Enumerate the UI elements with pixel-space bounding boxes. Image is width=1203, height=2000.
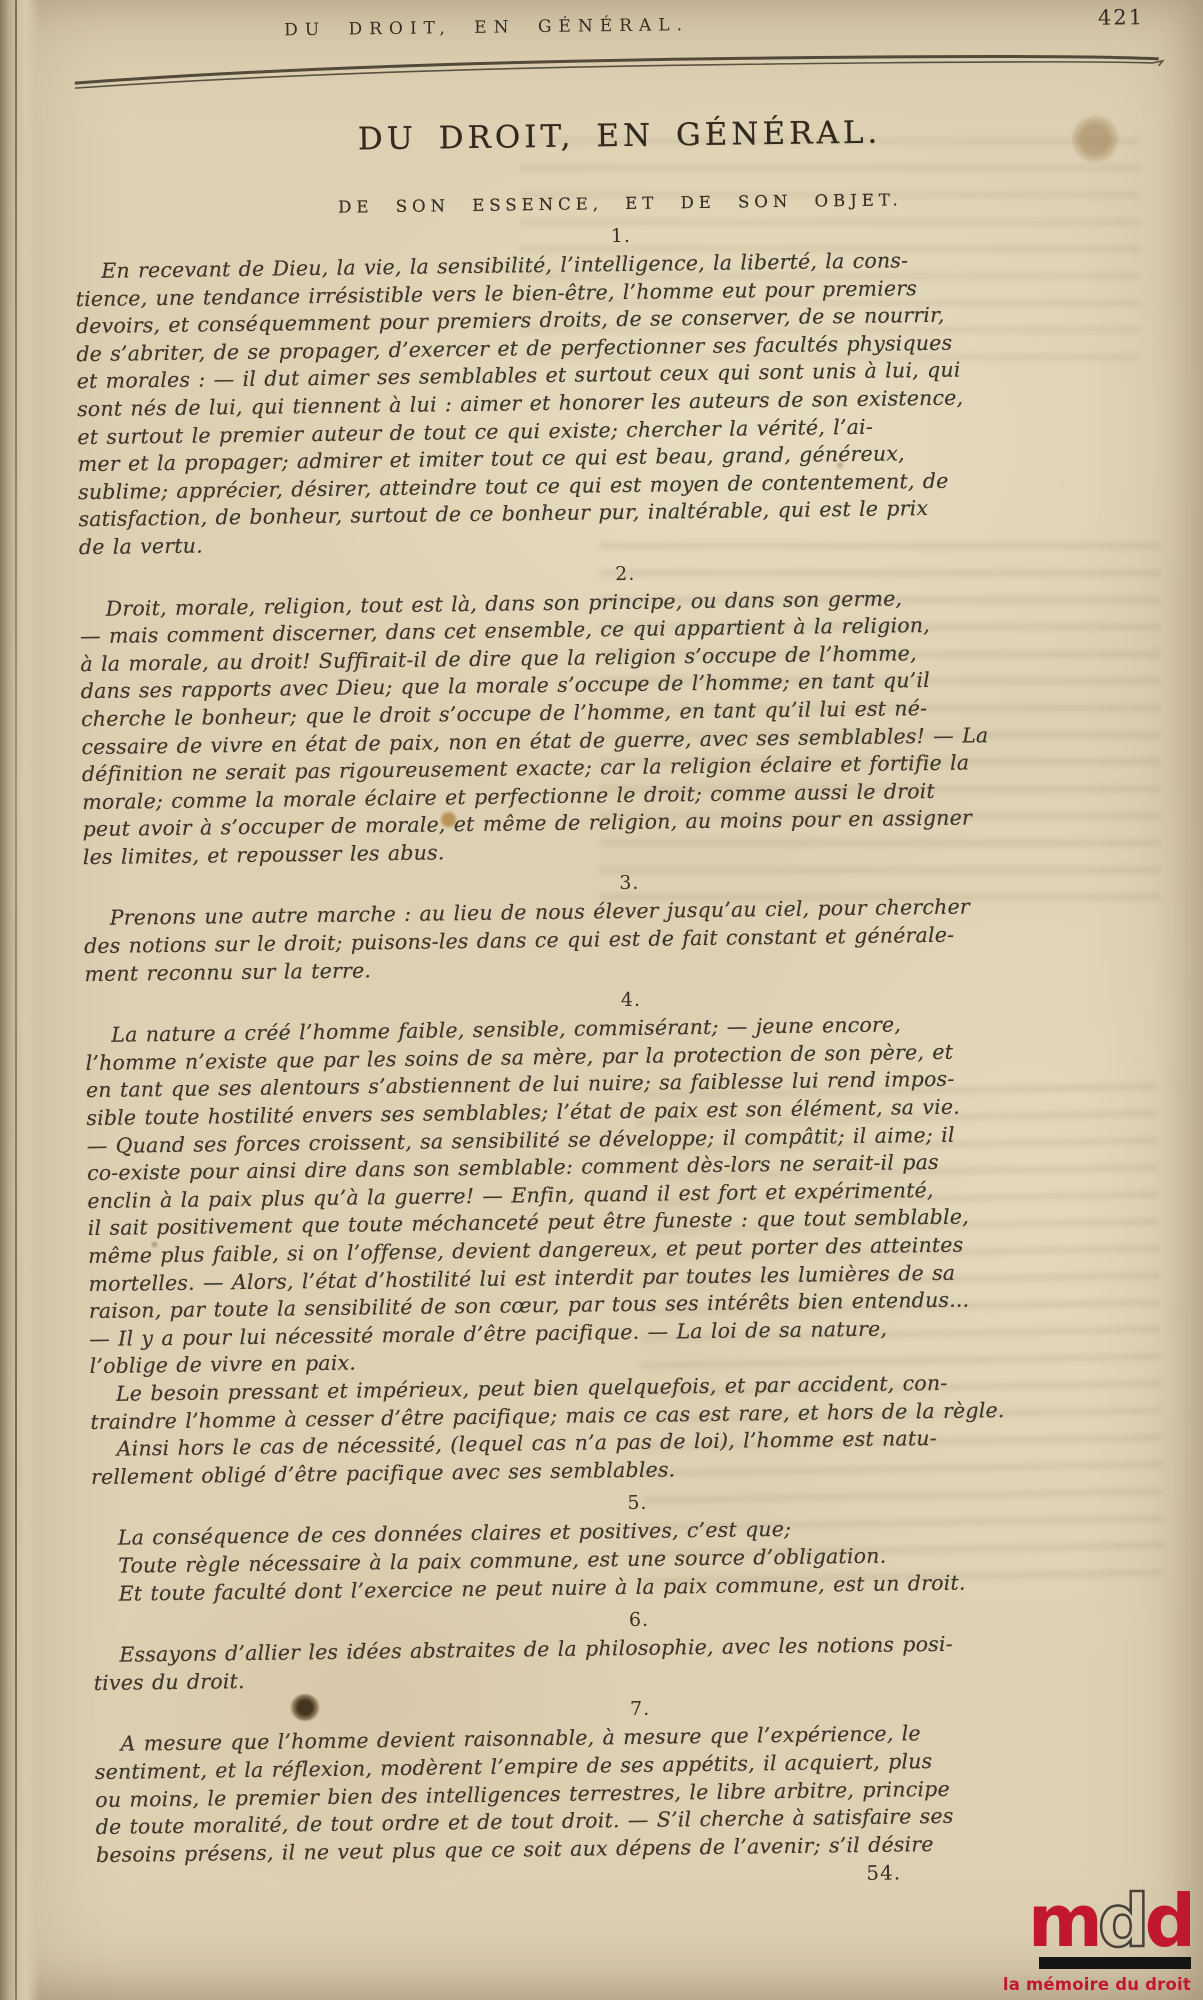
logo-letter-m: m xyxy=(1028,1879,1098,1963)
running-header: DU DROIT, EN GÉNÉRAL. xyxy=(284,15,689,40)
mdd-logo-letters: mdd xyxy=(1028,1893,1191,1949)
headpiece-rule xyxy=(73,47,1165,91)
section: 6.Essayons d’allier les idées abstraites… xyxy=(93,1600,1186,1697)
double-rule-icon xyxy=(73,47,1165,91)
paragraph: Essayons d’allier les idées abstraites d… xyxy=(93,1628,1186,1697)
watermark-tagline: la mémoire du droit xyxy=(1003,1975,1191,1994)
page-number: 421 xyxy=(1098,5,1144,30)
page-title: DU DROIT, EN GÉNÉRAL. xyxy=(73,111,1165,161)
sections: 1.En recevant de Dieu, la vie, la sensib… xyxy=(75,216,1188,1869)
paragraph: Prenons une autre marche : au lieu de no… xyxy=(84,891,1177,988)
section: 2.Droit, morale, religion, tout est là, … xyxy=(79,553,1175,871)
section: 3.Prenons une autre marche : au lieu de … xyxy=(83,863,1176,988)
mdd-watermark-logo: mdd la mémoire du droit xyxy=(1003,1893,1191,1994)
running-header-row: DU DROIT, EN GÉNÉRAL. 421 xyxy=(72,9,1164,53)
paragraph: A mesure que l’homme devient raisonnable… xyxy=(94,1717,1188,1869)
section: 7.A mesure que l’homme devient raisonnab… xyxy=(94,1689,1188,1869)
section: 1.En recevant de Dieu, la vie, la sensib… xyxy=(75,216,1171,562)
watermark-bar xyxy=(1039,1957,1191,1969)
paragraph: Droit, morale, religion, tout est là, da… xyxy=(80,581,1176,871)
page-subtitle: DE SON ESSENCE, ET DE SON OBJET. xyxy=(74,187,1166,220)
book-gutter xyxy=(0,0,40,2000)
paragraph: La nature a créé l’homme faible, sensibl… xyxy=(85,1008,1182,1381)
logo-letter-d: d xyxy=(1144,1879,1191,1963)
logo-letter-d-outline: d xyxy=(1098,1879,1145,1963)
section: 5.La conséquence de ces données claires … xyxy=(91,1483,1184,1608)
paragraph: En recevant de Dieu, la vie, la sensibil… xyxy=(75,244,1171,562)
book-page-scan: DU DROIT, EN GÉNÉRAL. 421 DU DROIT, EN G… xyxy=(0,0,1203,2000)
page-content: DU DROIT, EN GÉNÉRAL. 421 DU DROIT, EN G… xyxy=(72,9,1188,1895)
binding-line xyxy=(15,0,17,2000)
section: 4.La nature a créé l’homme faible, sensi… xyxy=(85,980,1183,1491)
